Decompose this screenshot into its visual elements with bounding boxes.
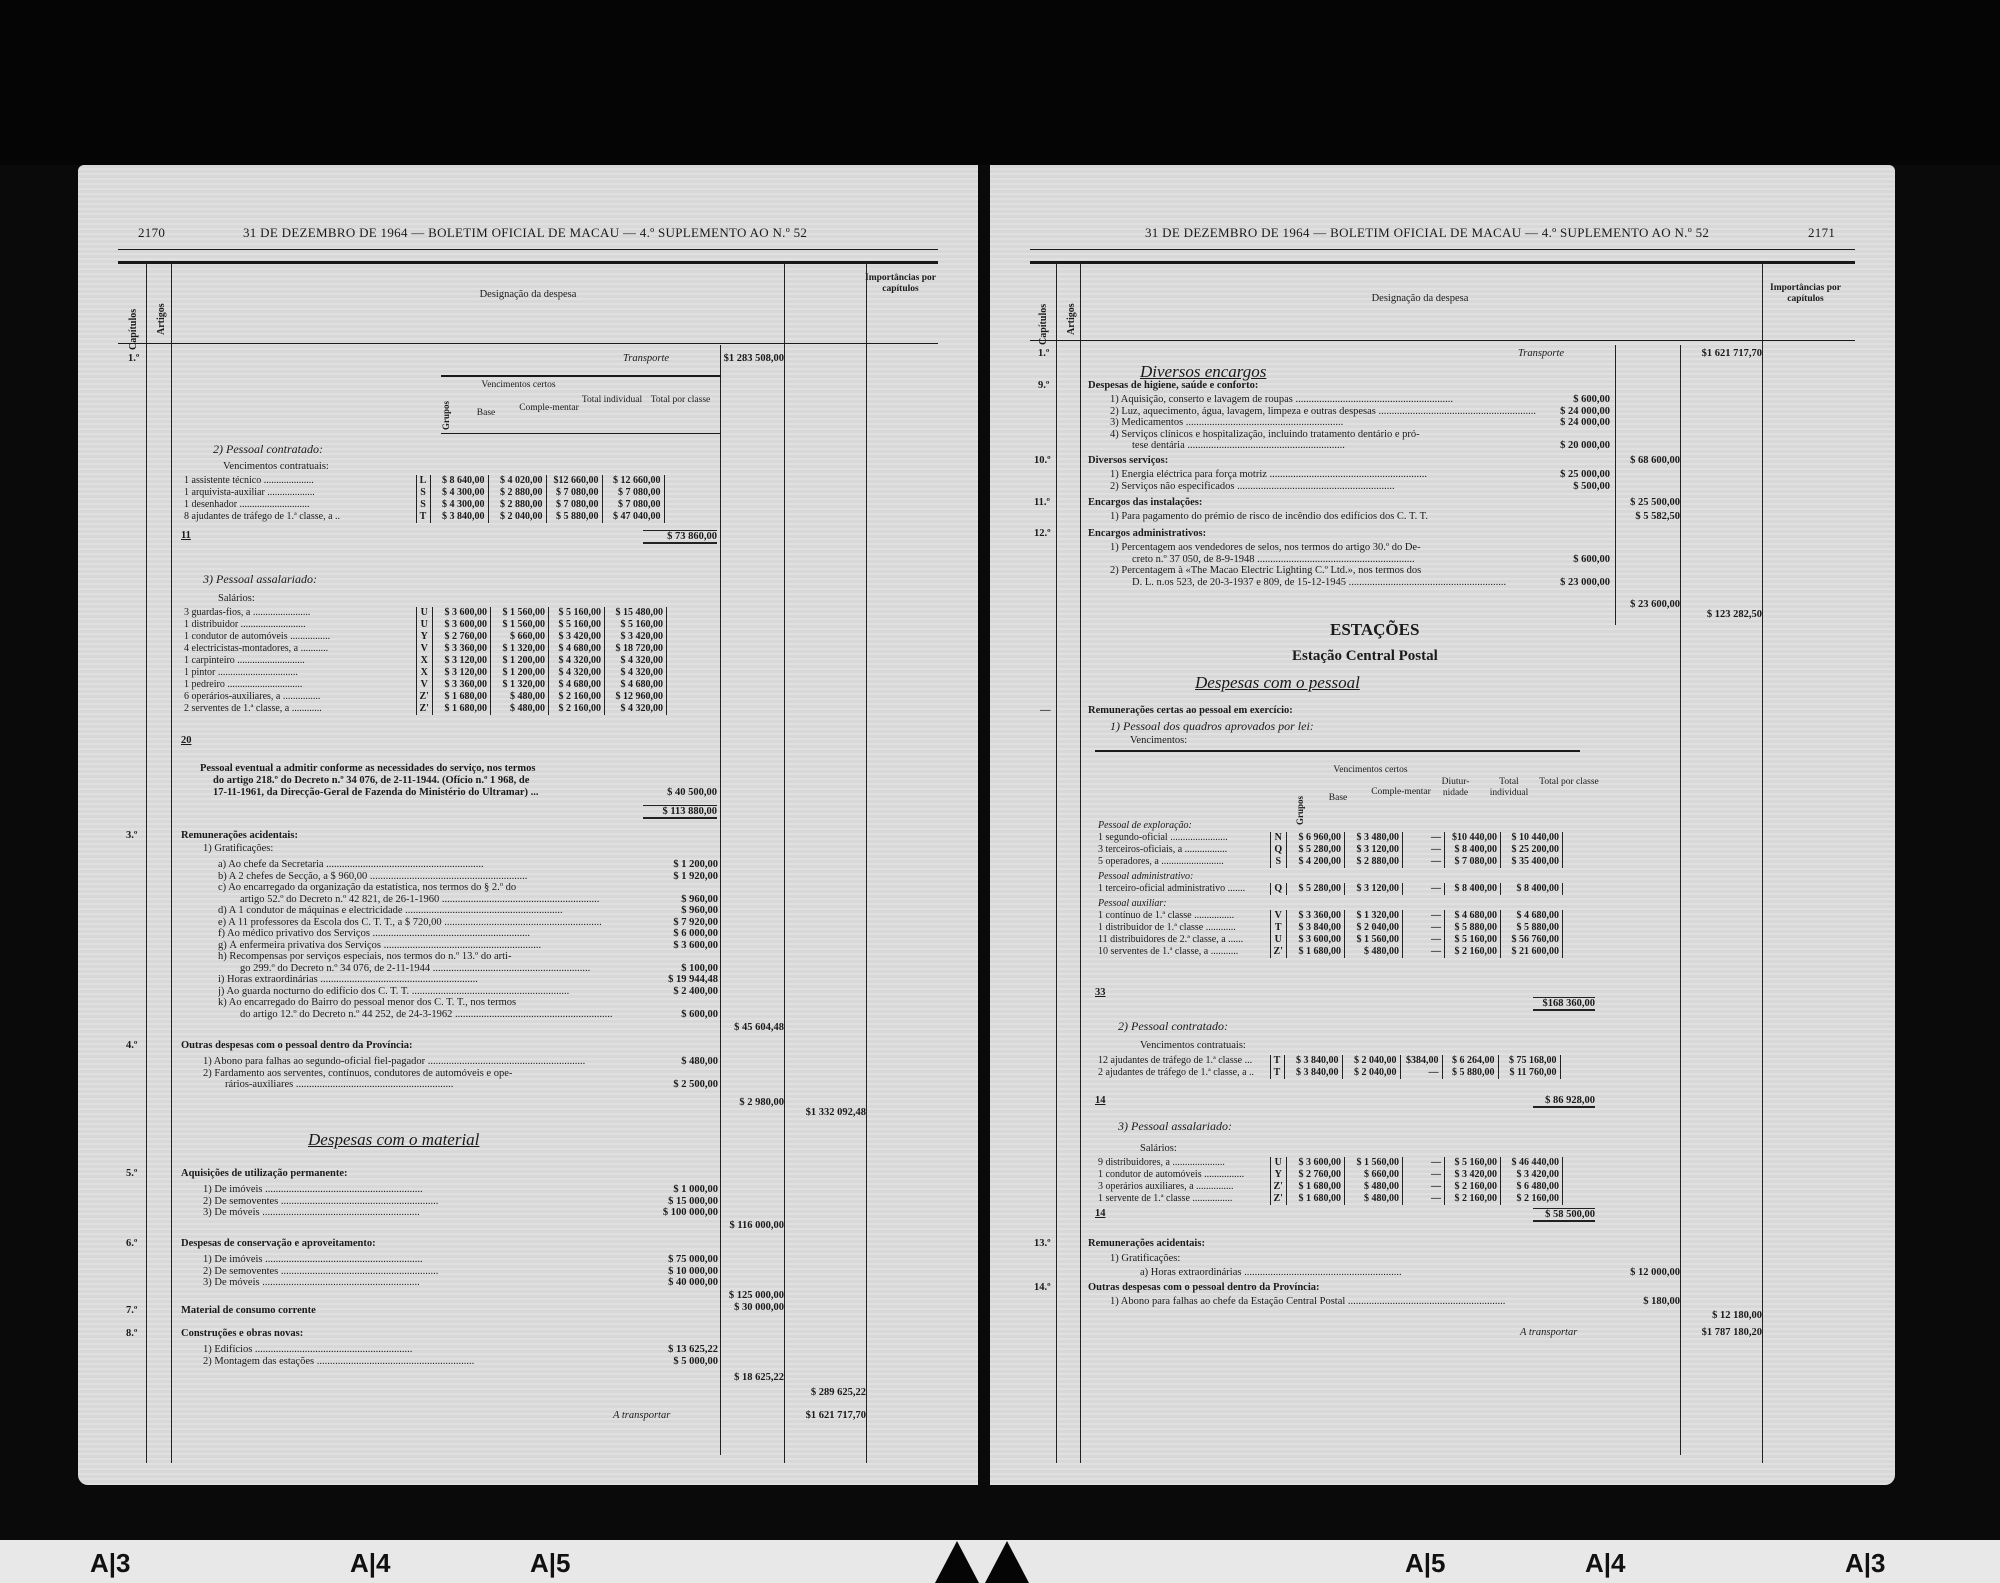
total-classe-header: Total por classe	[1538, 777, 1600, 788]
table-row: 2 ajudantes de tráfego de 1.ª classe, a …	[1095, 1067, 1560, 1079]
art9-items: 1) Aquisição, conserto e lavagem de roup…	[1110, 394, 1610, 452]
transporte-value: $1 621 717,70	[1680, 348, 1762, 359]
article-number: 5.º	[126, 1168, 137, 1180]
list-item: h) Recompensas por serviços especiais, n…	[218, 951, 718, 963]
art7-total: $ 30 000,00	[718, 1302, 784, 1313]
list-item: rários-auxiliares ......................…	[203, 1079, 718, 1091]
assalariado-table: 3 guardas-fios, a ......................…	[181, 607, 667, 715]
staff-count: 11	[181, 530, 191, 542]
contratado-table: 12 ajudantes de tráfego de 1.ª classe ..…	[1095, 1055, 1561, 1079]
quadros-table: Pessoal de exploração:1 segundo-oficial …	[1095, 817, 1563, 958]
article-number: 11.º	[1034, 497, 1050, 509]
table-row: 1 desenhador ...........................…	[181, 499, 664, 511]
list-item: k) Ao encarregado do Bairro do pessoal m…	[218, 997, 718, 1009]
assalariado-subtitle: Salários:	[1140, 1143, 1177, 1155]
art4-items: 1) Abono para falhas ao segundo-oficial …	[203, 1056, 718, 1091]
art14-total: $ 12 180,00	[1680, 1310, 1762, 1321]
assalariado-title: 3) Pessoal assalariado:	[203, 573, 317, 585]
table-row: 3 terceiros-oficiais, a ................…	[1095, 844, 1562, 856]
eventual-value: $ 40 500,00	[643, 787, 717, 798]
total-classe-header: Total por classe	[643, 395, 718, 406]
rule	[118, 261, 938, 264]
article-number: 12.º	[1034, 528, 1051, 540]
base-header: Base	[1308, 793, 1368, 804]
pessoal-subtotal: $ 113 880,00	[643, 805, 717, 819]
list-item: 3) Medicamentos ........................…	[1110, 417, 1610, 429]
table-row: 5 operadores, a ........................…	[1095, 856, 1562, 868]
list-item: j) Ao guarda nocturno do edifício dos C.…	[218, 986, 718, 998]
quadros-total: $168 360,00	[1533, 997, 1595, 1011]
article-number: 6.º	[126, 1238, 137, 1250]
art14-items: 1) Abono para falhas ao chefe da Estação…	[1110, 1296, 1680, 1308]
list-item: b) A 2 chefes de Secção, a $ 960,00 ....…	[218, 871, 718, 883]
diversos-heading: Diversos encargos	[1140, 362, 1266, 382]
table-row: 8 ajudantes de tráfego de 1.ª classe, a …	[181, 511, 664, 523]
table-row: 12 ajudantes de tráfego de 1.ª classe ..…	[1095, 1055, 1560, 1067]
article-number: 9.º	[1038, 380, 1049, 392]
list-item: a) Ao chefe da Secretaria ..............…	[218, 859, 718, 871]
article-sub: 1) Gratificações:	[1110, 1253, 1180, 1265]
grupos-header: Grupos	[441, 390, 451, 430]
diuturnidade-header: Diutur-nidade	[1433, 777, 1478, 799]
quadros-title: 1) Pessoal dos quadros aprovados por lei…	[1110, 720, 1314, 732]
col-designacao: Designação da despesa	[378, 289, 678, 300]
film-marker: A|5	[530, 1548, 571, 1579]
running-head: 31 DE DEZEMBRO DE 1964 — BOLETIM OFICIAL…	[1145, 225, 1709, 241]
contratado-total: $ 86 928,00	[1533, 1095, 1595, 1108]
article-title: Diversos serviços:	[1088, 455, 1168, 467]
list-item: 3) De móveis ...........................…	[203, 1277, 718, 1289]
art5-total: $ 116 000,00	[718, 1220, 784, 1231]
pessoal-heading: Despesas com o pessoal	[1195, 673, 1360, 693]
staff-count: 33	[1095, 987, 1106, 999]
list-item: 1) Para pagamento do prémio de risco de …	[1110, 511, 1610, 523]
article-sub: 1) Gratificações:	[203, 843, 273, 855]
central-heading: Estação Central Postal	[1292, 648, 1438, 665]
staff-section-label: Pessoal administrativo:	[1095, 868, 1562, 883]
transporte-label: Transporte	[623, 353, 669, 365]
article-title: Aquisições de utilização permanente:	[181, 1168, 348, 1180]
col-capitulos: Capítulos	[1038, 275, 1049, 345]
col-artigos: Artigos	[1066, 280, 1077, 335]
estacoes-heading: ESTAÇÕES	[1330, 620, 1419, 640]
assalariado-table: 9 distribuidores, a ....................…	[1095, 1157, 1563, 1205]
article-title: Outras despesas com o pessoal dentro da …	[1088, 1282, 1320, 1294]
scanner-background	[0, 0, 2000, 165]
list-item: 1) Abono para falhas ao segundo-oficial …	[203, 1056, 718, 1068]
col-artigos: Artigos	[156, 280, 167, 335]
list-item: 2) Montagem das estações ...............…	[203, 1356, 718, 1368]
film-marker: A|3	[90, 1548, 131, 1579]
art5-items: 1) De imóveis ..........................…	[203, 1184, 718, 1219]
eventual-text: 17-11-1961, da Direcção-Geral de Fazenda…	[213, 787, 539, 799]
contratado-total: $ 73 860,00	[643, 530, 717, 544]
right-page: 31 DE DEZEMBRO DE 1964 — BOLETIM OFICIAL…	[990, 165, 1895, 1485]
list-item: 1) Percentagem aos vendedores de selos, …	[1110, 542, 1610, 554]
article-title: Material de consumo corrente	[181, 1305, 316, 1317]
list-item: 3) De móveis ...........................…	[203, 1207, 718, 1219]
table-row: 1 servente de 1.ª classe ...............…	[1095, 1193, 1562, 1205]
table-row: 1 arquivista-auxiliar ..................…	[181, 487, 664, 499]
table-row: 4 electricistas-montadores, a ..........…	[181, 643, 666, 655]
list-item: c) Ao encarregado da organização da esta…	[218, 882, 718, 894]
vencimentos-certos-header: Vencimentos certos	[1308, 765, 1433, 776]
total-individual-header: Total individual	[581, 395, 643, 406]
diversos-chapter-total: $ 123 282,50	[1680, 609, 1762, 620]
list-item: 2) Percentagem à «The Macao Electric Lig…	[1110, 565, 1610, 577]
contratado-title: 2) Pessoal contratado:	[213, 443, 323, 455]
article-number: 4.º	[126, 1040, 137, 1052]
art13-items: a) Horas extraordinárias ...............…	[1140, 1267, 1680, 1279]
table-row: 1 condutor de automóveis ...............…	[1095, 1169, 1562, 1181]
article-title: Remunerações acidentais:	[1088, 1238, 1205, 1250]
remuneracoes-title: Remunerações certas ao pessoal em exercí…	[1088, 705, 1293, 717]
table-row: 1 assistente técnico ...................…	[181, 475, 664, 487]
staff-count: 14	[1095, 1208, 1106, 1220]
chapter-number: 1.º	[1038, 348, 1049, 360]
article-number: 7.º	[126, 1305, 137, 1317]
list-item: 1) Edifícios ...........................…	[203, 1344, 718, 1356]
list-item: 1) Abono para falhas ao chefe da Estação…	[1110, 1296, 1680, 1308]
col-designacao: Designação da despesa	[1270, 293, 1570, 304]
staff-count: 20	[181, 735, 192, 747]
table-row: 1 pintor ...............................…	[181, 667, 666, 679]
page-number: 2170	[138, 225, 165, 241]
article-title: Outras despesas com o pessoal dentro da …	[181, 1040, 413, 1052]
article-title: Remunerações acidentais:	[181, 830, 298, 842]
list-item: 2) De semoventes .......................…	[203, 1196, 718, 1208]
list-item: do artigo 12.º do Decreto n.º 44 252, de…	[218, 1009, 718, 1021]
page-number: 2171	[1808, 225, 1835, 241]
art8-items: 1) Edifícios ...........................…	[203, 1344, 718, 1367]
art3-total: $ 45 604,48	[718, 1022, 784, 1033]
art6-total: $ 125 000,00	[718, 1290, 784, 1301]
art8-total: $ 18 625,22	[718, 1372, 784, 1383]
article-number: 3.º	[126, 830, 137, 842]
art9-total: $ 68 600,00	[1615, 455, 1680, 466]
table-row: 2 serventes de 1.ª classe, a ...........…	[181, 703, 666, 715]
list-item: 2) Luz, aquecimento, água, lavagem, limp…	[1110, 406, 1610, 418]
article-number: 14.º	[1034, 1282, 1051, 1294]
list-item: 4) Serviços clínicos e hospitalização, i…	[1110, 429, 1610, 441]
art12-items: 1) Percentagem aos vendedores de selos, …	[1110, 542, 1610, 588]
list-item: go 299.º do Decreto n.º 34 076, de 2-11-…	[218, 963, 718, 975]
contratado-title: 2) Pessoal contratado:	[1118, 1020, 1228, 1032]
staff-section-label: Pessoal de exploração:	[1095, 817, 1562, 832]
complementar-header: Comple-mentar	[1370, 787, 1432, 798]
rule	[118, 249, 938, 250]
article-title: Despesas de conservação e aproveitamento…	[181, 1238, 376, 1250]
list-item: d) A 1 condutor de máquinas e electricid…	[218, 905, 718, 917]
list-item: artigo 52.º do Decreto n.º 42 821, de 26…	[218, 894, 718, 906]
vencimentos-label: Vencimentos:	[1130, 735, 1187, 747]
list-item: i) Horas extraordinárias ...............…	[218, 974, 718, 986]
base-header: Base	[456, 408, 516, 419]
col-importancias: Importâncias por capítulos	[1768, 283, 1843, 305]
art11-total: $ 5 582,50	[1615, 511, 1680, 522]
contratado-subtitle: Vencimentos contratuais:	[1140, 1040, 1246, 1052]
art10-items: 1) Energia eléctrica para força motriz .…	[1110, 469, 1610, 492]
table-row: 1 carpinteiro ..........................…	[181, 655, 666, 667]
col-importancias: Importâncias por capítulos	[863, 273, 938, 295]
table-row: 6 operários-auxiliares, a ..............…	[181, 691, 666, 703]
list-item: 1) Aquisição, conserto e lavagem de roup…	[1110, 394, 1610, 406]
table-row: 11 distribuidores de 2.ª classe, a .....…	[1095, 934, 1562, 946]
table-row: 9 distribuidores, a ....................…	[1095, 1157, 1562, 1169]
list-item: a) Horas extraordinárias ...............…	[1140, 1267, 1680, 1279]
article-title: Construções e obras novas:	[181, 1328, 303, 1340]
center-arrow-icon	[935, 1541, 979, 1583]
list-item: f) Ao médico privativo dos Serviços ....…	[218, 928, 718, 940]
contratado-subtitle: Vencimentos contratuais:	[223, 461, 329, 473]
list-item: tese dentária ..........................…	[1110, 440, 1610, 452]
eventual-text: do artigo 218.º do Decreto n.º 34 076, d…	[213, 775, 529, 787]
list-item: 2) Fardamento aos serventes, contínuos, …	[203, 1068, 718, 1080]
article-number: 8.º	[126, 1328, 137, 1340]
film-marker: A|5	[1405, 1548, 1446, 1579]
material-total: $ 289 625,22	[784, 1387, 866, 1398]
transporte-label: Transporte	[1518, 348, 1564, 360]
table-row: 1 pedreiro .............................…	[181, 679, 666, 691]
chapter-pessoal-total: $1 332 092,48	[784, 1107, 866, 1118]
transporte-value: $1 283 508,00	[718, 353, 784, 364]
film-marker: A|4	[1585, 1548, 1626, 1579]
assalariado-subtitle: Salários:	[218, 593, 255, 605]
list-item: 1) De imóveis ..........................…	[203, 1254, 718, 1266]
table-row: 1 segundo-oficial ......................…	[1095, 832, 1562, 844]
list-item: g) À enfermeira privativa dos Serviços .…	[218, 940, 718, 952]
material-heading: Despesas com o material	[308, 1130, 479, 1150]
list-item: creto n.º 37 050, de 8-9-1948 ..........…	[1110, 554, 1610, 566]
total-individual-header: Total individual	[1480, 777, 1538, 799]
art12-total: $ 23 600,00	[1615, 599, 1680, 610]
contratado-table: 1 assistente técnico ...................…	[181, 475, 665, 523]
book-gutter	[978, 165, 990, 1485]
dash: —	[1040, 705, 1051, 717]
list-item: e) A 11 professores da Escola dos C. T. …	[218, 917, 718, 929]
table-row: 1 terceiro-oficial administrativo ......…	[1095, 883, 1562, 895]
table-row: 1 condutor de automóveis ...............…	[181, 631, 666, 643]
table-row: 1 contínuo de 1.ª classe ...............…	[1095, 910, 1562, 922]
table-row: 1 distribuidor de 1.ª classe ...........…	[1095, 922, 1562, 934]
list-item: 2) De semoventes .......................…	[203, 1266, 718, 1278]
art11-items: 1) Para pagamento do prémio de risco de …	[1110, 511, 1610, 523]
a-transportar-value: $1 787 180,20	[1680, 1327, 1762, 1338]
assalariado-total: $ 58 500,00	[1533, 1208, 1595, 1222]
table-row: 3 operários auxiliares, a ..............…	[1095, 1181, 1562, 1193]
article-title: Despesas de higiene, saúde e conforto:	[1088, 380, 1258, 392]
film-marker: A|3	[1845, 1548, 1886, 1579]
list-item: D. L. n.os 523, de 20-3-1937 e 809, de 1…	[1110, 577, 1610, 589]
article-title: Encargos das instalações:	[1088, 497, 1202, 509]
list-item: 1) De imóveis ..........................…	[203, 1184, 718, 1196]
chapter-number: 1.º	[128, 353, 139, 365]
running-head: 31 DE DEZEMBRO DE 1964 — BOLETIM OFICIAL…	[243, 225, 807, 241]
complementar-header: Comple-mentar	[518, 403, 580, 414]
art4-total: $ 2 980,00	[718, 1097, 784, 1108]
art3-items: a) Ao chefe da Secretaria ..............…	[218, 859, 718, 1020]
list-item: 2) Serviços não especificados ..........…	[1110, 481, 1610, 493]
film-marker: A|4	[350, 1548, 391, 1579]
article-number: 13.º	[1034, 1238, 1051, 1250]
eventual-text: Pessoal eventual a admitir conforme as n…	[200, 763, 535, 775]
art10-total: $ 25 500,00	[1615, 497, 1680, 508]
table-row: 1 distribuidor .........................…	[181, 619, 666, 631]
vencimentos-certos-header: Vencimentos certos	[456, 380, 581, 391]
a-transportar-label: A transportar	[613, 1410, 670, 1422]
art6-items: 1) De imóveis ..........................…	[203, 1254, 718, 1289]
a-transportar-label: A transportar	[1520, 1327, 1577, 1339]
a-transportar-value: $1 621 717,70	[784, 1410, 866, 1421]
col-capitulos: Capítulos	[128, 275, 139, 350]
list-item: 1) Energia eléctrica para força motriz .…	[1110, 469, 1610, 481]
left-page: 2170 31 DE DEZEMBRO DE 1964 — BOLETIM OF…	[78, 165, 978, 1485]
table-row: 3 guardas-fios, a ......................…	[181, 607, 666, 619]
article-title: Encargos administrativos:	[1088, 528, 1206, 540]
assalariado-title: 3) Pessoal assalariado:	[1118, 1120, 1232, 1132]
table-row: 10 serventes de 1.ª classe, a ..........…	[1095, 946, 1562, 958]
center-arrow-icon	[985, 1541, 1029, 1583]
article-number: 10.º	[1034, 455, 1051, 467]
staff-count: 14	[1095, 1095, 1106, 1107]
staff-section-label: Pessoal auxiliar:	[1095, 895, 1562, 910]
